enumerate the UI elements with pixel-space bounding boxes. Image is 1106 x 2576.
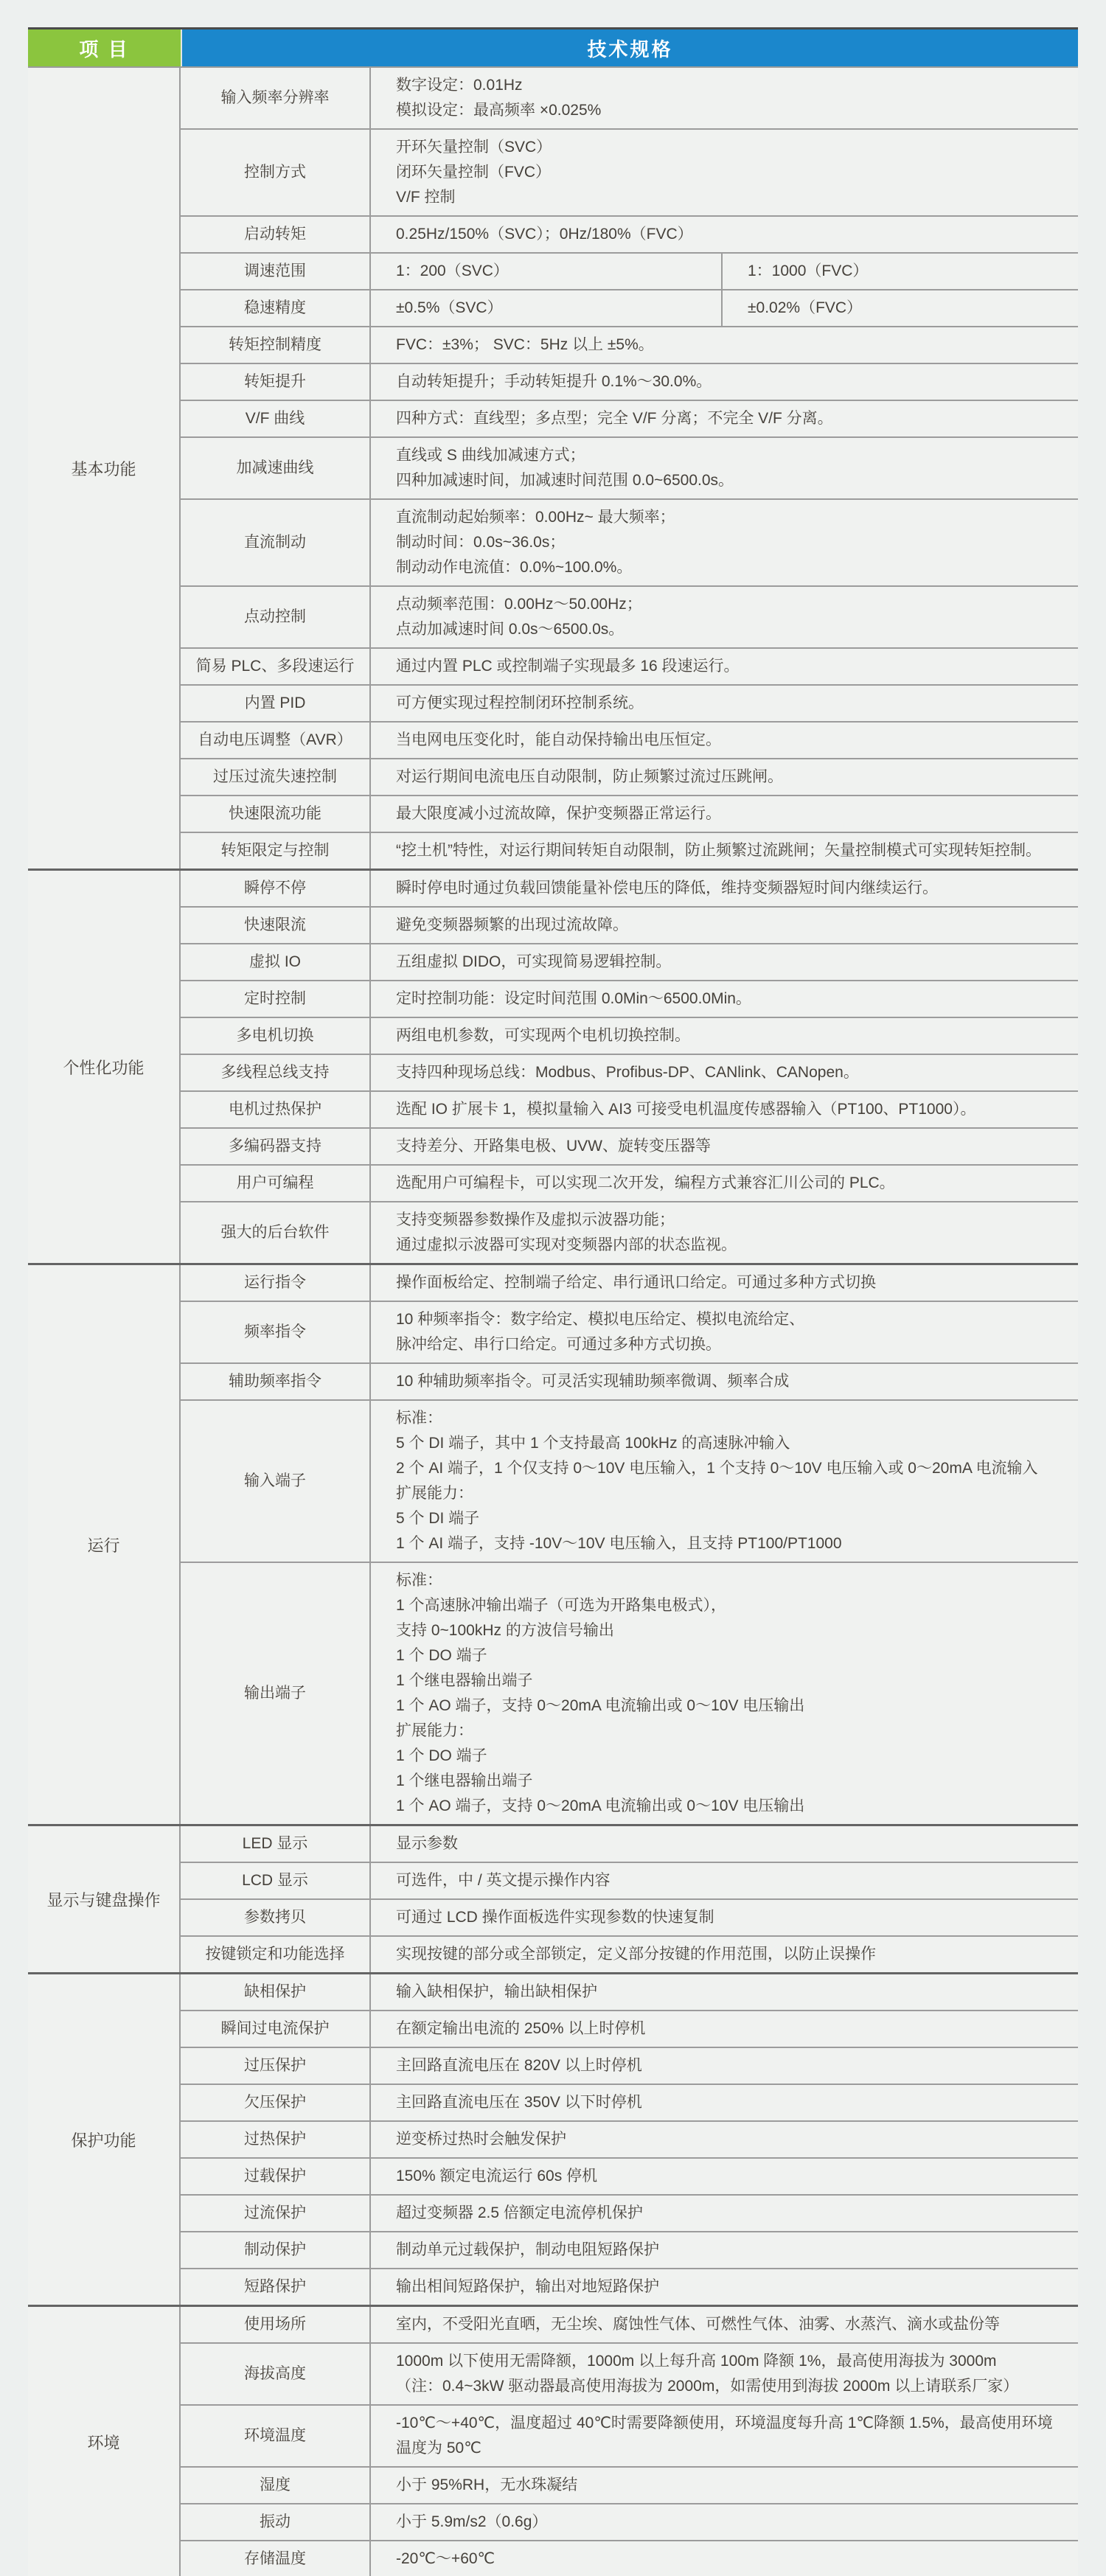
spec-text: 最大限度减小过流故障，保护变频器正常运行。: [396, 801, 1063, 826]
item-label: 启动转矩: [244, 223, 306, 246]
spec-cell: 数字设定：0.01Hz模拟设定：最高频率 ×0.025%: [371, 68, 1078, 128]
spec-cell: -20℃～+60℃: [371, 2541, 1078, 2576]
spec-text: 1 个继电器输出端子: [396, 1769, 1063, 1794]
item-cell: 频率指令: [181, 1302, 371, 1362]
table-row: 简易 PLC、多段速运行通过内置 PLC 或控制端子实现最多 16 段速运行。: [181, 647, 1078, 684]
item-cell: 多编码器支持: [181, 1129, 371, 1164]
table-row: 转矩提升自动转矩提升；手动转矩提升 0.1%～30.0%。: [181, 363, 1078, 400]
item-label: 简易 PLC、多段速运行: [196, 655, 355, 678]
spec-section: 运行运行指令操作面板给定、控制端子给定、串行通讯口给定。可通过多种方式切换频率指…: [28, 1263, 1078, 1824]
spec-text: 1 个 AO 端子，支持 0～20mA 电流输出或 0～10V 电压输出: [396, 1693, 1063, 1719]
spec-text: 对运行期间电流电压自动限制，防止频繁过流过压跳闸。: [396, 765, 1063, 790]
table-row: 频率指令10 种频率指令：数字给定、模拟电压给定、模拟电流给定、脉冲给定、串行口…: [181, 1301, 1078, 1362]
spec-text: 脉冲给定、串行口给定。可通过多种方式切换。: [396, 1332, 1063, 1357]
spec-cell: 主回路直流电压在 820V 以上时停机: [371, 2048, 1078, 2084]
spec-cell: 可通过 LCD 操作面板选件实现参数的快速复制: [371, 1900, 1078, 1935]
spec-text: 开环矢量控制（SVC）: [396, 135, 1063, 160]
spec-text: 5 个 DI 端子: [396, 1506, 1063, 1531]
spec-text: 1 个高速脉冲输出端子（可选为开路集电极式），: [396, 1593, 1063, 1618]
spec-text: 支持 0~100kHz 的方波信号输出: [396, 1618, 1063, 1643]
spec-cell: 定时控制功能：设定时间范围 0.0Min～6500.0Min。: [371, 981, 1078, 1017]
item-label: 振动: [260, 2511, 291, 2533]
item-label: 转矩提升: [244, 371, 306, 393]
table-row: 输入频率分辨率数字设定：0.01Hz模拟设定：最高频率 ×0.025%: [181, 68, 1078, 128]
spec-cell: 显示参数: [371, 1826, 1078, 1862]
spec-text: 标准：: [396, 1406, 1063, 1431]
table-row: 输入端子标准：5 个 DI 端子，其中 1 个支持最高 100kHz 的高速脉冲…: [181, 1399, 1078, 1562]
item-cell: 快速限流: [181, 908, 371, 943]
spec-cell: 在额定输出电流的 250% 以上时停机: [371, 2011, 1078, 2047]
spec-text: 当电网电压变化时，能自动保持输出电压恒定。: [396, 728, 1063, 753]
spec-text: 支持差分、开路集电极、UVW、旋转变压器等: [396, 1134, 1063, 1159]
spec-cell: 标准：1 个高速脉冲输出端子（可选为开路集电极式），支持 0~100kHz 的方…: [371, 1563, 1078, 1824]
item-label: 按键锁定和功能选择: [206, 1943, 345, 1966]
item-label: 湿度: [260, 2474, 291, 2496]
table-row: 过载保护150% 额定电流运行 60s 停机: [181, 2157, 1078, 2194]
item-cell: LCD 显示: [181, 1863, 371, 1898]
table-row: 直流制动直流制动起始频率：0.00Hz~ 最大频率；制动时间：0.0s~36.0…: [181, 498, 1078, 585]
spec-cell: 1：200（SVC）1：1000（FVC）: [371, 254, 1078, 289]
spec-text: 定时控制功能：设定时间范围 0.0Min～6500.0Min。: [396, 986, 1063, 1012]
item-cell: 制动保护: [181, 2232, 371, 2268]
spec-text: 主回路直流电压在 820V 以上时停机: [396, 2053, 1063, 2078]
spec-text: 四种方式：直线型；多点型；完全 V/F 分离；不完全 V/F 分离。: [396, 406, 1063, 431]
item-cell: 瞬停不停: [181, 871, 371, 906]
header-spec-label: 技术规格: [587, 35, 672, 62]
spec-cell: 四种方式：直线型；多点型；完全 V/F 分离；不完全 V/F 分离。: [371, 401, 1078, 436]
section-rows: LED 显示显示参数LCD 显示可选件，中 / 英文提示操作内容参数拷贝可通过 …: [181, 1826, 1078, 1972]
table-row: 用户可编程选配用户可编程卡，可以实现二次开发，编程方式兼容汇川公司的 PLC。: [181, 1164, 1078, 1201]
item-cell: 加减速曲线: [181, 438, 371, 498]
item-cell: 强大的后台软件: [181, 1202, 371, 1263]
spec-text: 超过变频器 2.5 倍额定电流停机保护: [396, 2201, 1063, 2226]
table-row: LED 显示显示参数: [181, 1826, 1078, 1862]
spec-text: 1：200（SVC）: [396, 259, 509, 284]
item-label: 输出端子: [244, 1682, 306, 1705]
spec-cell: 实现按键的部分或全部锁定，定义部分按键的作用范围，以防止误操作: [371, 1937, 1078, 1972]
item-cell: 简易 PLC、多段速运行: [181, 649, 371, 684]
header-spec-cell: 技术规格: [182, 29, 1078, 66]
spec-cell: 超过变频器 2.5 倍额定电流停机保护: [371, 2196, 1078, 2231]
spec-text: 2 个 AI 端子，1 个仅支持 0～10V 电压输入，1 个支持 0～10V …: [396, 1456, 1063, 1481]
spec-text: 小于 5.9m/s2（0.6g）: [396, 2510, 1063, 2535]
item-label: 辅助频率指令: [229, 1371, 321, 1393]
spec-cell: 0.25Hz/150%（SVC）；0Hz/180%（FVC）: [371, 217, 1078, 252]
spec-value-fvc: 1：1000（FVC）: [721, 254, 1078, 289]
spec-text: 1 个继电器输出端子: [396, 1668, 1063, 1693]
category-cell: 保护功能: [28, 1974, 181, 2305]
spec-text: 小于 95%RH，无水珠凝结: [396, 2473, 1063, 2498]
table-row: 缺相保护输入缺相保护，输出缺相保护: [181, 1974, 1078, 2010]
spec-text: 10 种辅助频率指令。可灵活实现辅助频率微调、频率合成: [396, 1369, 1063, 1394]
spec-text: -10℃～+40℃，温度超过 40℃时需要降额使用，环境温度每升高 1℃降额 1…: [396, 2411, 1063, 2461]
item-cell: 输出端子: [181, 1563, 371, 1824]
item-label: 直流制动: [244, 532, 306, 554]
spec-text: 0.25Hz/150%（SVC）；0Hz/180%（FVC）: [396, 222, 1063, 247]
category-label: 环境: [87, 2431, 119, 2454]
item-cell: 转矩限定与控制: [181, 833, 371, 868]
header-item-cell: 项 目: [28, 29, 182, 66]
spec-text: ±0.02%（FVC）: [748, 296, 862, 321]
spec-text: V/F 控制: [396, 185, 1063, 210]
spec-text: 主回路直流电压在 350V 以下时停机: [396, 2090, 1063, 2115]
spec-text: 闭环矢量控制（FVC）: [396, 160, 1063, 185]
spec-text: 通过虚拟示波器可实现对变频器内部的状态监视。: [396, 1233, 1063, 1258]
spec-text: “挖土机”特性，对运行期间转矩自动限制，防止频繁过流跳闸；矢量控制模式可实现转矩…: [396, 838, 1063, 863]
item-cell: 多线程总线支持: [181, 1055, 371, 1090]
item-cell: 过载保护: [181, 2159, 371, 2194]
item-cell: 过流保护: [181, 2196, 371, 2231]
item-cell: 转矩提升: [181, 364, 371, 400]
item-label: 多电机切换: [237, 1025, 314, 1047]
item-label: 使用场所: [244, 2314, 306, 2336]
spec-text: 1：1000（FVC）: [748, 259, 868, 284]
spec-text: 输出相间短路保护，输出对地短路保护: [396, 2274, 1063, 2300]
spec-cell: 可方便实现过程控制闭环控制系统。: [371, 686, 1078, 721]
table-row: LCD 显示可选件，中 / 英文提示操作内容: [181, 1862, 1078, 1898]
item-label: 控制方式: [244, 161, 306, 184]
item-cell: 过压保护: [181, 2048, 371, 2084]
item-label: 过压过流失速控制: [213, 766, 337, 788]
spec-value-svc: ±0.5%（SVC）: [371, 290, 721, 326]
item-cell: 内置 PID: [181, 686, 371, 721]
spec-value-fvc: ±0.02%（FVC）: [721, 290, 1078, 326]
item-cell: 启动转矩: [181, 217, 371, 252]
spec-cell: 标准：5 个 DI 端子，其中 1 个支持最高 100kHz 的高速脉冲输入2 …: [371, 1401, 1078, 1562]
spec-text: 四种加减速时间，加减速时间范围 0.0~6500.0s。: [396, 468, 1063, 493]
table-row: 运行指令操作面板给定、控制端子给定、串行通讯口给定。可通过多种方式切换: [181, 1265, 1078, 1301]
header-item-label: 项 目: [79, 35, 129, 62]
category-cell: 环境: [28, 2307, 181, 2576]
spec-cell: 开环矢量控制（SVC）闭环矢量控制（FVC）V/F 控制: [371, 130, 1078, 215]
spec-text: -20℃～+60℃: [396, 2547, 1063, 2572]
item-cell: 输入频率分辨率: [181, 68, 371, 128]
spec-cell: 五组虚拟 DIDO，可实现简易逻辑控制。: [371, 944, 1078, 980]
spec-text: 可通过 LCD 操作面板选件实现参数的快速复制: [396, 1905, 1063, 1930]
item-cell: 直流制动: [181, 500, 371, 585]
table-row: 瞬停不停瞬时停电时通过负载回馈能量补偿电压的降低，维持变频器短时间内继续运行。: [181, 871, 1078, 906]
item-cell: 短路保护: [181, 2269, 371, 2305]
item-label: 点动控制: [244, 606, 306, 628]
spec-text: 标准：: [396, 1568, 1063, 1593]
item-cell: 输入端子: [181, 1401, 371, 1562]
item-cell: 定时控制: [181, 981, 371, 1017]
item-label: 多线程总线支持: [221, 1062, 330, 1084]
spec-text: 1 个 AO 端子，支持 0～20mA 电流输出或 0～10V 电压输出: [396, 1794, 1063, 1819]
spec-text: 选配 IO 扩展卡 1，模拟量输入 AI3 可接受电机温度传感器输入（PT100…: [396, 1097, 1063, 1122]
table-row: 强大的后台软件支持变频器参数操作及虚拟示波器功能；通过虚拟示波器可实现对变频器内…: [181, 1201, 1078, 1263]
item-cell: 控制方式: [181, 130, 371, 215]
item-cell: 运行指令: [181, 1265, 371, 1301]
spec-text: 点动频率范围：0.00Hz～50.00Hz；: [396, 592, 1063, 617]
item-label: 调速范围: [244, 260, 306, 282]
table-row: 输出端子标准：1 个高速脉冲输出端子（可选为开路集电极式），支持 0~100kH…: [181, 1562, 1078, 1824]
spec-text: 1000m 以下使用无需降额，1000m 以上每升高 100m 降额 1%，最高…: [396, 2349, 1063, 2374]
spec-text: ±0.5%（SVC）: [396, 296, 503, 321]
spec-text: 点动加减速时间 0.0s～6500.0s。: [396, 617, 1063, 642]
spec-cell: 150% 额定电流运行 60s 停机: [371, 2159, 1078, 2194]
spec-text: 模拟设定：最高频率 ×0.025%: [396, 98, 1063, 123]
table-row: 使用场所室内，不受阳光直晒，无尘埃、腐蚀性气体、可燃性气体、油雾、水蒸汽、滴水或…: [181, 2307, 1078, 2342]
spec-text: 制动动作电流值：0.0%~100.0%。: [396, 555, 1063, 580]
table-row: 控制方式开环矢量控制（SVC）闭环矢量控制（FVC）V/F 控制: [181, 128, 1078, 215]
item-label: 内置 PID: [245, 692, 306, 714]
spec-section: 个性化功能瞬停不停瞬时停电时通过负载回馈能量补偿电压的降低，维持变频器短时间内继…: [28, 868, 1078, 1263]
spec-cell: 支持变频器参数操作及虚拟示波器功能；通过虚拟示波器可实现对变频器内部的状态监视。: [371, 1202, 1078, 1263]
item-cell: 辅助频率指令: [181, 1364, 371, 1399]
table-row: 过压过流失速控制对运行期间电流电压自动限制，防止频繁过流过压跳闸。: [181, 758, 1078, 795]
category-label: 个性化功能: [63, 1056, 144, 1079]
spec-text: 操作面板给定、控制端子给定、串行通讯口给定。可通过多种方式切换: [396, 1270, 1063, 1295]
spec-cell: 通过内置 PLC 或控制端子实现最多 16 段速运行。: [371, 649, 1078, 684]
spec-text: 直流制动起始频率：0.00Hz~ 最大频率；: [396, 505, 1063, 530]
item-cell: LED 显示: [181, 1826, 371, 1862]
table-row: 环境温度-10℃～+40℃，温度超过 40℃时需要降额使用，环境温度每升高 1℃…: [181, 2404, 1078, 2466]
item-label: LCD 显示: [242, 1870, 308, 1892]
item-label: 运行指令: [244, 1272, 306, 1294]
spec-table: 项 目 技术规格 基本功能输入频率分辨率数字设定：0.01Hz模拟设定：最高频率…: [28, 27, 1078, 2576]
spec-cell: 直线或 S 曲线加减速方式；四种加减速时间，加减速时间范围 0.0~6500.0…: [371, 438, 1078, 498]
table-row: 辅助频率指令10 种辅助频率指令。可灵活实现辅助频率微调、频率合成: [181, 1362, 1078, 1399]
category-cell: 个性化功能: [28, 871, 181, 1263]
table-row: 制动保护制动单元过载保护，制动电阻短路保护: [181, 2231, 1078, 2268]
table-header: 项 目 技术规格: [28, 29, 1078, 68]
item-cell: 缺相保护: [181, 1974, 371, 2010]
item-label: 用户可编程: [237, 1172, 314, 1194]
table-body: 基本功能输入频率分辨率数字设定：0.01Hz模拟设定：最高频率 ×0.025%控…: [28, 68, 1078, 2576]
item-label: 多编码器支持: [229, 1135, 321, 1158]
table-row: 内置 PID可方便实现过程控制闭环控制系统。: [181, 684, 1078, 721]
spec-cell: 10 种辅助频率指令。可灵活实现辅助频率微调、频率合成: [371, 1364, 1078, 1399]
spec-cell: 避免变频器频繁的出现过流故障。: [371, 908, 1078, 943]
section-rows: 使用场所室内，不受阳光直晒，无尘埃、腐蚀性气体、可燃性气体、油雾、水蒸汽、滴水或…: [181, 2307, 1078, 2576]
spec-cell: 可选件，中 / 英文提示操作内容: [371, 1863, 1078, 1898]
section-rows: 缺相保护输入缺相保护，输出缺相保护瞬间过电流保护在额定输出电流的 250% 以上…: [181, 1974, 1078, 2305]
spec-cell: 对运行期间电流电压自动限制，防止频繁过流过压跳闸。: [371, 759, 1078, 795]
spec-text: （注：0.4~3kW 驱动器最高使用海拔为 2000m，如需使用到海拔 2000…: [396, 2374, 1063, 2399]
spec-cell: 两组电机参数，可实现两个电机切换控制。: [371, 1018, 1078, 1054]
item-cell: 点动控制: [181, 587, 371, 647]
item-label: 转矩限定与控制: [221, 840, 330, 862]
item-label: 短路保护: [244, 2276, 306, 2298]
spec-text: 选配用户可编程卡，可以实现二次开发，编程方式兼容汇川公司的 PLC。: [396, 1171, 1063, 1196]
item-cell: 湿度: [181, 2468, 371, 2503]
item-cell: 欠压保护: [181, 2085, 371, 2120]
spec-text: 实现按键的部分或全部锁定，定义部分按键的作用范围，以防止误操作: [396, 1942, 1063, 1967]
spec-text: 通过内置 PLC 或控制端子实现最多 16 段速运行。: [396, 654, 1063, 679]
section-rows: 运行指令操作面板给定、控制端子给定、串行通讯口给定。可通过多种方式切换频率指令1…: [181, 1265, 1078, 1824]
item-label: 转矩控制精度: [229, 334, 321, 356]
item-label: V/F 曲线: [246, 408, 305, 430]
spec-section: 基本功能输入频率分辨率数字设定：0.01Hz模拟设定：最高频率 ×0.025%控…: [28, 68, 1078, 868]
item-cell: 多电机切换: [181, 1018, 371, 1054]
table-row: 点动控制点动频率范围：0.00Hz～50.00Hz；点动加减速时间 0.0s～6…: [181, 585, 1078, 647]
spec-cell: 最大限度减小过流故障，保护变频器正常运行。: [371, 796, 1078, 832]
item-cell: 环境温度: [181, 2406, 371, 2466]
item-label: 强大的后台软件: [221, 1222, 330, 1244]
table-row: 快速限流避免变频器频繁的出现过流故障。: [181, 906, 1078, 943]
spec-text: 5 个 DI 端子，其中 1 个支持最高 100kHz 的高速脉冲输入: [396, 1431, 1063, 1456]
item-cell: 存储温度: [181, 2541, 371, 2576]
item-cell: 用户可编程: [181, 1166, 371, 1201]
spec-cell: “挖土机”特性，对运行期间转矩自动限制，防止频繁过流跳闸；矢量控制模式可实现转矩…: [371, 833, 1078, 868]
spec-section: 显示与键盘操作LED 显示显示参数LCD 显示可选件，中 / 英文提示操作内容参…: [28, 1824, 1078, 1972]
spec-text: 扩展能力：: [396, 1481, 1063, 1506]
spec-text: 五组虚拟 DIDO，可实现简易逻辑控制。: [396, 950, 1063, 975]
table-row: 转矩限定与控制“挖土机”特性，对运行期间转矩自动限制，防止频繁过流跳闸；矢量控制…: [181, 832, 1078, 868]
section-rows: 瞬停不停瞬时停电时通过负载回馈能量补偿电压的降低，维持变频器短时间内继续运行。快…: [181, 871, 1078, 1263]
table-row: 虚拟 IO五组虚拟 DIDO，可实现简易逻辑控制。: [181, 943, 1078, 980]
item-label: 输入端子: [244, 1470, 306, 1492]
item-cell: 按键锁定和功能选择: [181, 1937, 371, 1972]
category-cell: 显示与键盘操作: [28, 1826, 181, 1972]
spec-text: 10 种频率指令：数字给定、模拟电压给定、模拟电流给定、: [396, 1307, 1063, 1332]
item-cell: 使用场所: [181, 2307, 371, 2342]
table-row: 振动小于 5.9m/s2（0.6g）: [181, 2503, 1078, 2540]
item-cell: 过热保护: [181, 2122, 371, 2157]
spec-cell: 操作面板给定、控制端子给定、串行通讯口给定。可通过多种方式切换: [371, 1265, 1078, 1301]
spec-text: 扩展能力：: [396, 1719, 1063, 1744]
item-cell: V/F 曲线: [181, 401, 371, 436]
spec-cell: FVC：±3%； SVC：5Hz 以上 ±5%。: [371, 327, 1078, 363]
spec-cell: 10 种频率指令：数字给定、模拟电压给定、模拟电流给定、脉冲给定、串行口给定。可…: [371, 1302, 1078, 1362]
item-label: 缺相保护: [244, 1981, 306, 2003]
item-cell: 电机过热保护: [181, 1092, 371, 1127]
category-cell: 运行: [28, 1265, 181, 1824]
spec-cell: 瞬时停电时通过负载回馈能量补偿电压的降低，维持变频器短时间内继续运行。: [371, 871, 1078, 906]
item-cell: 稳速精度: [181, 290, 371, 326]
table-row: 加减速曲线直线或 S 曲线加减速方式；四种加减速时间，加减速时间范围 0.0~6…: [181, 436, 1078, 498]
table-row: 启动转矩0.25Hz/150%（SVC）；0Hz/180%（FVC）: [181, 215, 1078, 252]
table-row: 稳速精度±0.5%（SVC）±0.02%（FVC）: [181, 289, 1078, 326]
spec-cell: 当电网电压变化时，能自动保持输出电压恒定。: [371, 723, 1078, 758]
item-label: 海拔高度: [244, 2363, 306, 2385]
spec-cell: 小于 5.9m/s2（0.6g）: [371, 2504, 1078, 2540]
spec-text: 可方便实现过程控制闭环控制系统。: [396, 691, 1063, 716]
item-label: LED 显示: [243, 1833, 308, 1855]
table-row: 过压保护主回路直流电压在 820V 以上时停机: [181, 2047, 1078, 2084]
spec-cell: 输出相间短路保护，输出对地短路保护: [371, 2269, 1078, 2305]
item-label: 过压保护: [244, 2055, 306, 2077]
spec-text: 1 个 AI 端子，支持 -10V～10V 电压输入，且支持 PT100/PT1…: [396, 1531, 1063, 1556]
table-row: 参数拷贝可通过 LCD 操作面板选件实现参数的快速复制: [181, 1898, 1078, 1935]
table-row: 过流保护超过变频器 2.5 倍额定电流停机保护: [181, 2194, 1078, 2231]
spec-text: 制动时间：0.0s~36.0s；: [396, 530, 1063, 555]
section-rows: 输入频率分辨率数字设定：0.01Hz模拟设定：最高频率 ×0.025%控制方式开…: [181, 68, 1078, 868]
spec-text: 150% 额定电流运行 60s 停机: [396, 2164, 1063, 2189]
category-label: 基本功能: [71, 457, 136, 480]
category-label: 运行: [87, 1534, 119, 1556]
table-row: 瞬间过电流保护在额定输出电流的 250% 以上时停机: [181, 2010, 1078, 2047]
table-row: 湿度小于 95%RH，无水珠凝结: [181, 2466, 1078, 2503]
item-label: 制动保护: [244, 2239, 306, 2261]
item-cell: 过压过流失速控制: [181, 759, 371, 795]
table-row: 存储温度-20℃～+60℃: [181, 2540, 1078, 2576]
item-label: 自动电压调整（AVR）: [198, 729, 352, 751]
table-row: 过热保护逆变桥过热时会触发保护: [181, 2120, 1078, 2157]
spec-cell: ±0.5%（SVC）±0.02%（FVC）: [371, 290, 1078, 326]
spec-text: 自动转矩提升；手动转矩提升 0.1%～30.0%。: [396, 369, 1063, 394]
item-cell: 调速范围: [181, 254, 371, 289]
spec-cell: 制动单元过载保护，制动电阻短路保护: [371, 2232, 1078, 2268]
spec-cell: 逆变桥过热时会触发保护: [371, 2122, 1078, 2157]
item-cell: 自动电压调整（AVR）: [181, 723, 371, 758]
table-row: 海拔高度1000m 以下使用无需降额，1000m 以上每升高 100m 降额 1…: [181, 2342, 1078, 2404]
spec-section: 环境使用场所室内，不受阳光直晒，无尘埃、腐蚀性气体、可燃性气体、油雾、水蒸汽、滴…: [28, 2305, 1078, 2576]
table-row: 调速范围1：200（SVC）1：1000（FVC）: [181, 252, 1078, 289]
item-label: 过流保护: [244, 2202, 306, 2224]
spec-text: 瞬时停电时通过负载回馈能量补偿电压的降低，维持变频器短时间内继续运行。: [396, 876, 1063, 901]
item-label: 加减速曲线: [237, 457, 314, 479]
spec-text: 制动单元过载保护，制动电阻短路保护: [396, 2238, 1063, 2263]
item-label: 稳速精度: [244, 297, 306, 319]
table-row: 多线程总线支持支持四种现场总线：Modbus、Profibus-DP、CANli…: [181, 1054, 1078, 1090]
item-cell: 快速限流功能: [181, 796, 371, 832]
category-label: 显示与键盘操作: [46, 1888, 160, 1911]
spec-cell: 输入缺相保护，输出缺相保护: [371, 1974, 1078, 2010]
spec-text: 逆变桥过热时会触发保护: [396, 2127, 1063, 2152]
spec-cell: 直流制动起始频率：0.00Hz~ 最大频率；制动时间：0.0s~36.0s；制动…: [371, 500, 1078, 585]
spec-text: FVC：±3%； SVC：5Hz 以上 ±5%。: [396, 333, 1063, 358]
table-row: 自动电压调整（AVR）当电网电压变化时，能自动保持输出电压恒定。: [181, 721, 1078, 758]
item-label: 输入频率分辨率: [221, 87, 330, 109]
spec-cell: 小于 95%RH，无水珠凝结: [371, 2468, 1078, 2503]
spec-text: 1 个 DO 端子: [396, 1744, 1063, 1769]
item-cell: 海拔高度: [181, 2344, 371, 2404]
item-label: 电机过热保护: [229, 1099, 321, 1121]
spec-cell: 1000m 以下使用无需降额，1000m 以上每升高 100m 降额 1%，最高…: [371, 2344, 1078, 2404]
table-row: 定时控制定时控制功能：设定时间范围 0.0Min～6500.0Min。: [181, 980, 1078, 1017]
spec-cell: 支持差分、开路集电极、UVW、旋转变压器等: [371, 1129, 1078, 1164]
item-label: 虚拟 IO: [249, 951, 301, 973]
item-label: 存储温度: [244, 2548, 306, 2570]
table-row: 多电机切换两组电机参数，可实现两个电机切换控制。: [181, 1017, 1078, 1054]
item-cell: 转矩控制精度: [181, 327, 371, 363]
table-row: 短路保护输出相间短路保护，输出对地短路保护: [181, 2268, 1078, 2305]
table-row: 电机过热保护选配 IO 扩展卡 1，模拟量输入 AI3 可接受电机温度传感器输入…: [181, 1090, 1078, 1127]
item-label: 欠压保护: [244, 2092, 306, 2114]
item-label: 过载保护: [244, 2165, 306, 2187]
table-row: 欠压保护主回路直流电压在 350V 以下时停机: [181, 2084, 1078, 2120]
item-label: 瞬停不停: [244, 877, 306, 899]
spec-text: 支持四种现场总线：Modbus、Profibus-DP、CANlink、CANo…: [396, 1060, 1063, 1085]
item-cell: 参数拷贝: [181, 1900, 371, 1935]
spec-text: 输入缺相保护，输出缺相保护: [396, 1980, 1063, 2005]
spec-cell: 支持四种现场总线：Modbus、Profibus-DP、CANlink、CANo…: [371, 1055, 1078, 1090]
spec-text: 室内，不受阳光直晒，无尘埃、腐蚀性气体、可燃性气体、油雾、水蒸汽、滴水或盐份等: [396, 2312, 1063, 2337]
spec-cell: 自动转矩提升；手动转矩提升 0.1%～30.0%。: [371, 364, 1078, 400]
table-row: 转矩控制精度FVC：±3%； SVC：5Hz 以上 ±5%。: [181, 326, 1078, 363]
item-label: 环境温度: [244, 2425, 306, 2447]
table-row: 快速限流功能最大限度减小过流故障，保护变频器正常运行。: [181, 795, 1078, 832]
item-cell: 瞬间过电流保护: [181, 2011, 371, 2047]
spec-text: 避免变频器频繁的出现过流故障。: [396, 913, 1063, 938]
spec-cell: 点动频率范围：0.00Hz～50.00Hz；点动加减速时间 0.0s～6500.…: [371, 587, 1078, 647]
table-row: V/F 曲线四种方式：直线型；多点型；完全 V/F 分离；不完全 V/F 分离。: [181, 400, 1078, 436]
spec-text: 数字设定：0.01Hz: [396, 73, 1063, 98]
spec-text: 显示参数: [396, 1831, 1063, 1856]
spec-cell: -10℃～+40℃，温度超过 40℃时需要降额使用，环境温度每升高 1℃降额 1…: [371, 2406, 1078, 2466]
table-row: 多编码器支持支持差分、开路集电极、UVW、旋转变压器等: [181, 1127, 1078, 1164]
category-cell: 基本功能: [28, 68, 181, 868]
spec-cell: 主回路直流电压在 350V 以下时停机: [371, 2085, 1078, 2120]
spec-text: 1 个 DO 端子: [396, 1643, 1063, 1668]
spec-text: 两组电机参数，可实现两个电机切换控制。: [396, 1023, 1063, 1048]
item-label: 定时控制: [244, 988, 306, 1010]
item-label: 频率指令: [244, 1321, 306, 1343]
spec-text: 在额定输出电流的 250% 以上时停机: [396, 2016, 1063, 2041]
spec-cell: 选配 IO 扩展卡 1，模拟量输入 AI3 可接受电机温度传感器输入（PT100…: [371, 1092, 1078, 1127]
